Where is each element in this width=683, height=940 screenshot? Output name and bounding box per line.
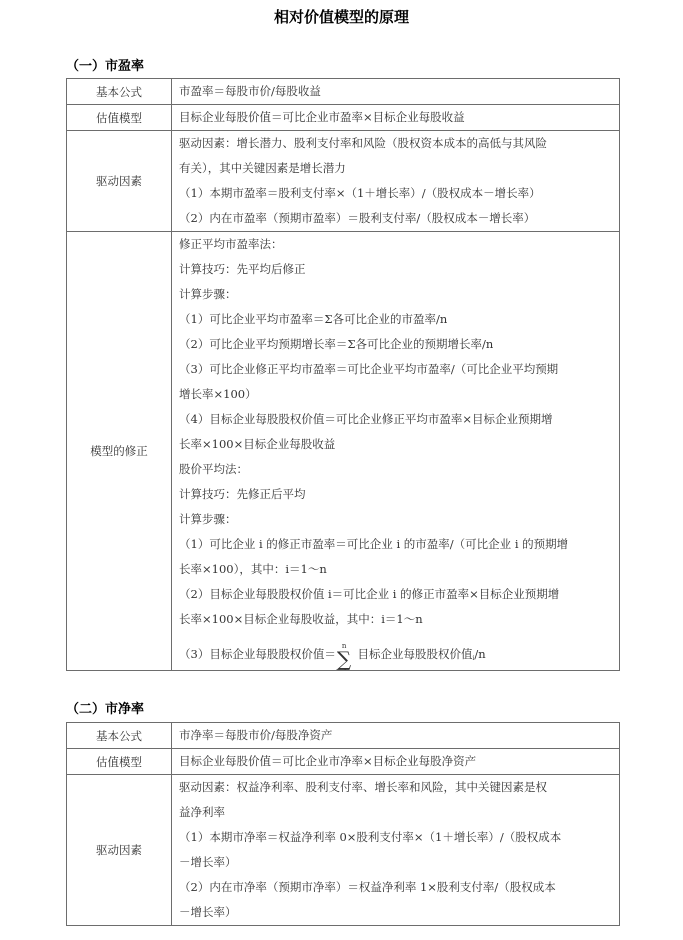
row-content: 驱动因素：增长潜力、股利支付率和风险（股权资本成本的高低与其风险 有关），其中关…: [172, 131, 620, 232]
formula-tail: /n: [474, 647, 485, 661]
content-line: 驱动因素：增长潜力、股利支付率和风险（股权资本成本的高低与其风险: [179, 131, 613, 156]
content-line: 市净率＝每股市价/每股净资产: [179, 723, 613, 748]
content-line: 增长率×100）: [179, 382, 613, 407]
row-label: 模型的修正: [67, 232, 172, 671]
row-content: 目标企业每股价值＝可比企业市净率×目标企业每股净资产: [172, 749, 620, 775]
content-line: 计算步骤：: [179, 507, 613, 532]
table-row: 估值模型 目标企业每股价值＝可比企业市盈率×目标企业每股收益: [67, 105, 620, 131]
content-line: （3）可比企业修正平均市盈率＝可比企业平均市盈率/（可比企业平均预期: [179, 357, 613, 382]
content-line: －增长率）: [179, 850, 613, 875]
content-line: 市盈率＝每股市价/每股收益: [179, 79, 613, 104]
content-line: 驱动因素：权益净利率、股利支付率、增长率和风险，其中关键因素是权: [179, 775, 613, 800]
summation-symbol: n∑i＝1: [336, 643, 354, 670]
pe-ratio-table: 基本公式 市盈率＝每股市价/每股收益 估值模型 目标企业每股价值＝可比企业市盈率…: [66, 78, 620, 671]
row-content: 目标企业每股价值＝可比企业市盈率×目标企业每股收益: [172, 105, 620, 131]
content-line: 有关），其中关键因素是增长潜力: [179, 156, 613, 181]
content-line: 计算技巧：先修正后平均: [179, 482, 613, 507]
row-content: 驱动因素：权益净利率、股利支付率、增长率和风险，其中关键因素是权 益净利率 （1…: [172, 775, 620, 926]
content-line: （1）本期市净率＝权益净利率 0×股利支付率×（1＋增长率）/（股权成本: [179, 825, 613, 850]
content-line: 目标企业每股价值＝可比企业市盈率×目标企业每股收益: [179, 105, 613, 130]
row-label: 基本公式: [67, 79, 172, 105]
table-row: 模型的修正 修正平均市盈率法： 计算技巧：先平均后修正 计算步骤： （1）可比企…: [67, 232, 620, 671]
content-line: （2）内在市净率（预期市净率）＝权益净利率 1×股利支付率/（股权成本: [179, 875, 613, 900]
row-label: 估值模型: [67, 749, 172, 775]
content-line: 长率×100），其中：i＝1～n: [179, 557, 613, 582]
content-line: （4）目标企业每股股权价值＝可比企业修正平均市盈率×目标企业预期增: [179, 407, 613, 432]
content-line: 计算技巧：先平均后修正: [179, 257, 613, 282]
summation-formula-line: （3）目标企业每股股权价值＝n∑i＝1 目标企业每股股权价值i/n: [179, 632, 613, 670]
sigma-icon: ∑: [337, 649, 351, 669]
content-line: 修正平均市盈率法：: [179, 232, 613, 257]
content-line: 益净利率: [179, 800, 613, 825]
row-label: 驱动因素: [67, 131, 172, 232]
table-row: 基本公式 市净率＝每股市价/每股净资产: [67, 723, 620, 749]
content-line: （2）内在市盈率（预期市盈率）＝股利支付率/（股权成本－增长率）: [179, 206, 613, 231]
row-label: 估值模型: [67, 105, 172, 131]
page-title: 相对价值模型的原理: [0, 6, 683, 28]
content-line: 长率×100×目标企业每股收益: [179, 432, 613, 457]
section-heading-pb-ratio: （二）市净率: [66, 701, 144, 719]
content-line: （2）可比企业平均预期增长率＝Σ各可比企业的预期增长率/n: [179, 332, 613, 357]
content-line: （1）可比企业 i 的修正市盈率＝可比企业 i 的市盈率/（可比企业 i 的预期…: [179, 532, 613, 557]
sigma-lower-limit: i＝1: [336, 669, 348, 670]
table-row: 驱动因素 驱动因素：权益净利率、股利支付率、增长率和风险，其中关键因素是权 益净…: [67, 775, 620, 926]
content-line: 计算步骤：: [179, 282, 613, 307]
section-heading-pe-ratio: （一）市盈率: [66, 58, 144, 76]
formula-prefix: （3）目标企业每股股权价值＝: [179, 647, 336, 661]
content-line: 长率×100×目标企业每股收益，其中：i＝1～n: [179, 607, 613, 632]
row-content: 市净率＝每股市价/每股净资产: [172, 723, 620, 749]
content-line: （1）本期市盈率＝股利支付率×（1＋增长率）/（股权成本－增长率）: [179, 181, 613, 206]
content-line: －增长率）: [179, 900, 613, 925]
formula-suffix: 目标企业每股股权价值: [357, 647, 472, 661]
content-line: （2）目标企业每股股权价值 i＝可比企业 i 的修正市盈率×目标企业预期增: [179, 582, 613, 607]
table-row: 驱动因素 驱动因素：增长潜力、股利支付率和风险（股权资本成本的高低与其风险 有关…: [67, 131, 620, 232]
row-label: 驱动因素: [67, 775, 172, 926]
row-label: 基本公式: [67, 723, 172, 749]
row-content: 市盈率＝每股市价/每股收益: [172, 79, 620, 105]
pb-ratio-table: 基本公式 市净率＝每股市价/每股净资产 估值模型 目标企业每股价值＝可比企业市净…: [66, 722, 620, 926]
row-content: 修正平均市盈率法： 计算技巧：先平均后修正 计算步骤： （1）可比企业平均市盈率…: [172, 232, 620, 671]
content-line: （1）可比企业平均市盈率＝Σ各可比企业的市盈率/n: [179, 307, 613, 332]
content-line: 目标企业每股价值＝可比企业市净率×目标企业每股净资产: [179, 749, 613, 774]
table-row: 基本公式 市盈率＝每股市价/每股收益: [67, 79, 620, 105]
table-row: 估值模型 目标企业每股价值＝可比企业市净率×目标企业每股净资产: [67, 749, 620, 775]
content-line: 股价平均法：: [179, 457, 613, 482]
